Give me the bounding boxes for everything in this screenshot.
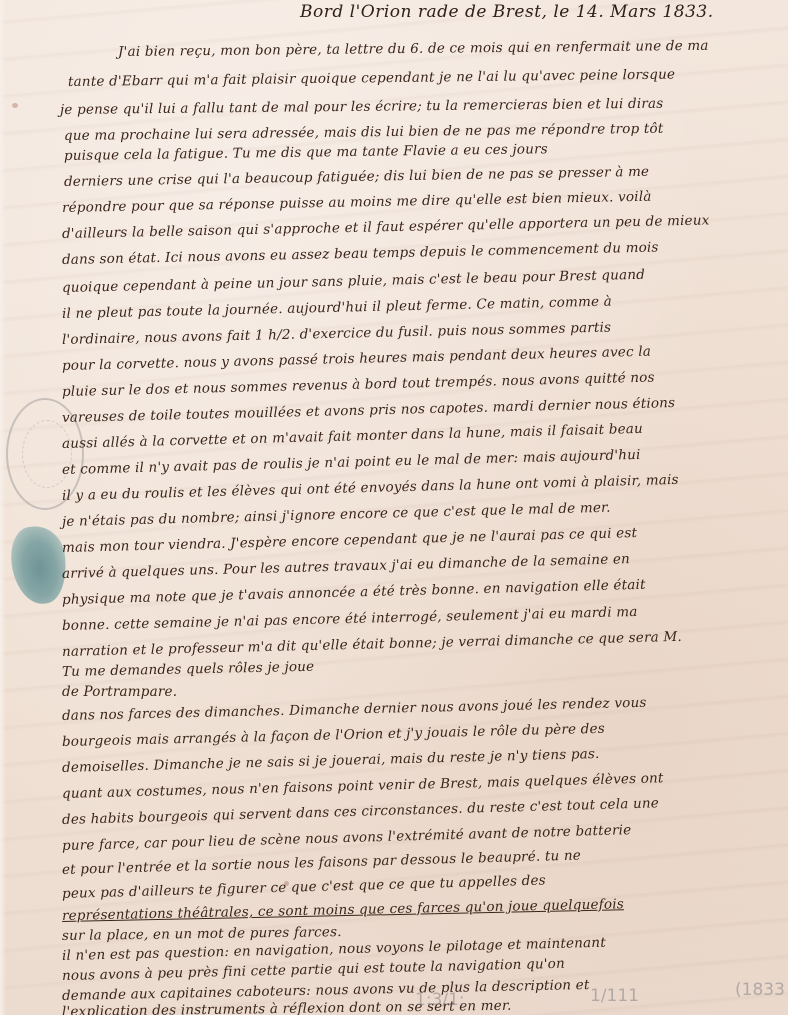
letter-page: Bord l'Orion rade de Brest, le 14. Mars … bbox=[0, 0, 798, 1023]
body-line: je n'étais pas du nombre; ainsi j'ignore… bbox=[62, 500, 611, 530]
body-line: et comme il n'y avait pas de roulis je n… bbox=[62, 447, 641, 478]
body-line: peux pas d'ailleurs te figurer ce que c'… bbox=[62, 872, 546, 902]
pencil-annotation: (1833 bbox=[735, 980, 785, 1000]
body-line: il y a eu du roulis et les élèves qui on… bbox=[62, 472, 679, 504]
body-line: tante d'Ebarr qui m'a fait plaisir quoiq… bbox=[68, 67, 675, 90]
body-line: demoiselles. Dimanche je ne sais si je j… bbox=[62, 746, 600, 776]
body-line: que ma prochaine lui sera adressée, mais… bbox=[64, 121, 664, 144]
body-line: de Portrampare. bbox=[62, 684, 177, 700]
body-line: Tu me demandes quels rôles je joue bbox=[62, 659, 315, 680]
body-line: narration et le professeur m'a dit qu'el… bbox=[62, 629, 682, 660]
body-line: J'ai bien reçu, mon bon père, ta lettre … bbox=[118, 38, 709, 60]
body-line: sur la place, en un mot de pures farces. bbox=[62, 924, 342, 944]
letter-header: Bord l'Orion rade de Brest, le 14. Mars … bbox=[300, 2, 780, 22]
body-line: je pense qu'il lui a fallu tant de mal p… bbox=[60, 96, 664, 118]
body-line: dans son état. Ici nous avons eu assez b… bbox=[62, 240, 659, 268]
body-line: pluie sur le dos et nous sommes revenus … bbox=[62, 370, 655, 400]
body-line: physique ma note que je t'avais annoncée… bbox=[62, 577, 646, 608]
body-line: d'ailleurs la belle saison qui s'approch… bbox=[62, 212, 710, 242]
body-line: quoique cependant à peine un jour sans p… bbox=[62, 267, 645, 296]
body-line-underlined: représentations théâtrales, ce sont moin… bbox=[62, 896, 624, 924]
scan-border-bottom bbox=[0, 1015, 798, 1023]
body-line: l'ordinaire, nous avons fait 1 h/2. d'ex… bbox=[62, 320, 612, 348]
body-line: pour la corvette. nous y avons passé tro… bbox=[62, 344, 651, 374]
body-line: bourgeois mais arrangés à la façon de l'… bbox=[62, 721, 605, 750]
body-line: aussi allés à la corvette et on m'avait … bbox=[62, 421, 643, 452]
body-line: répondre pour que sa réponse puisse au m… bbox=[62, 189, 652, 216]
foxing-spot bbox=[12, 103, 18, 108]
pencil-annotation: 1/111 bbox=[590, 986, 639, 1006]
pencil-annotation: 1:3/1: bbox=[415, 990, 465, 1010]
scan-border-right bbox=[788, 0, 798, 1023]
body-line: bonne. cette semaine je n'ai pas encore … bbox=[62, 604, 638, 634]
body-line: puisque cela la fatigue. Tu me dis que m… bbox=[64, 141, 548, 164]
body-line: mais mon tour viendra. J'espère encore c… bbox=[62, 525, 638, 556]
body-line: arrivé à quelques uns. Pour les autres t… bbox=[62, 551, 630, 582]
body-line: derniers une crise qui l'a beaucoup fati… bbox=[64, 164, 649, 190]
body-line: il ne pleut pas toute la journée. aujour… bbox=[62, 294, 612, 322]
paper-left-edge bbox=[0, 0, 6, 1023]
